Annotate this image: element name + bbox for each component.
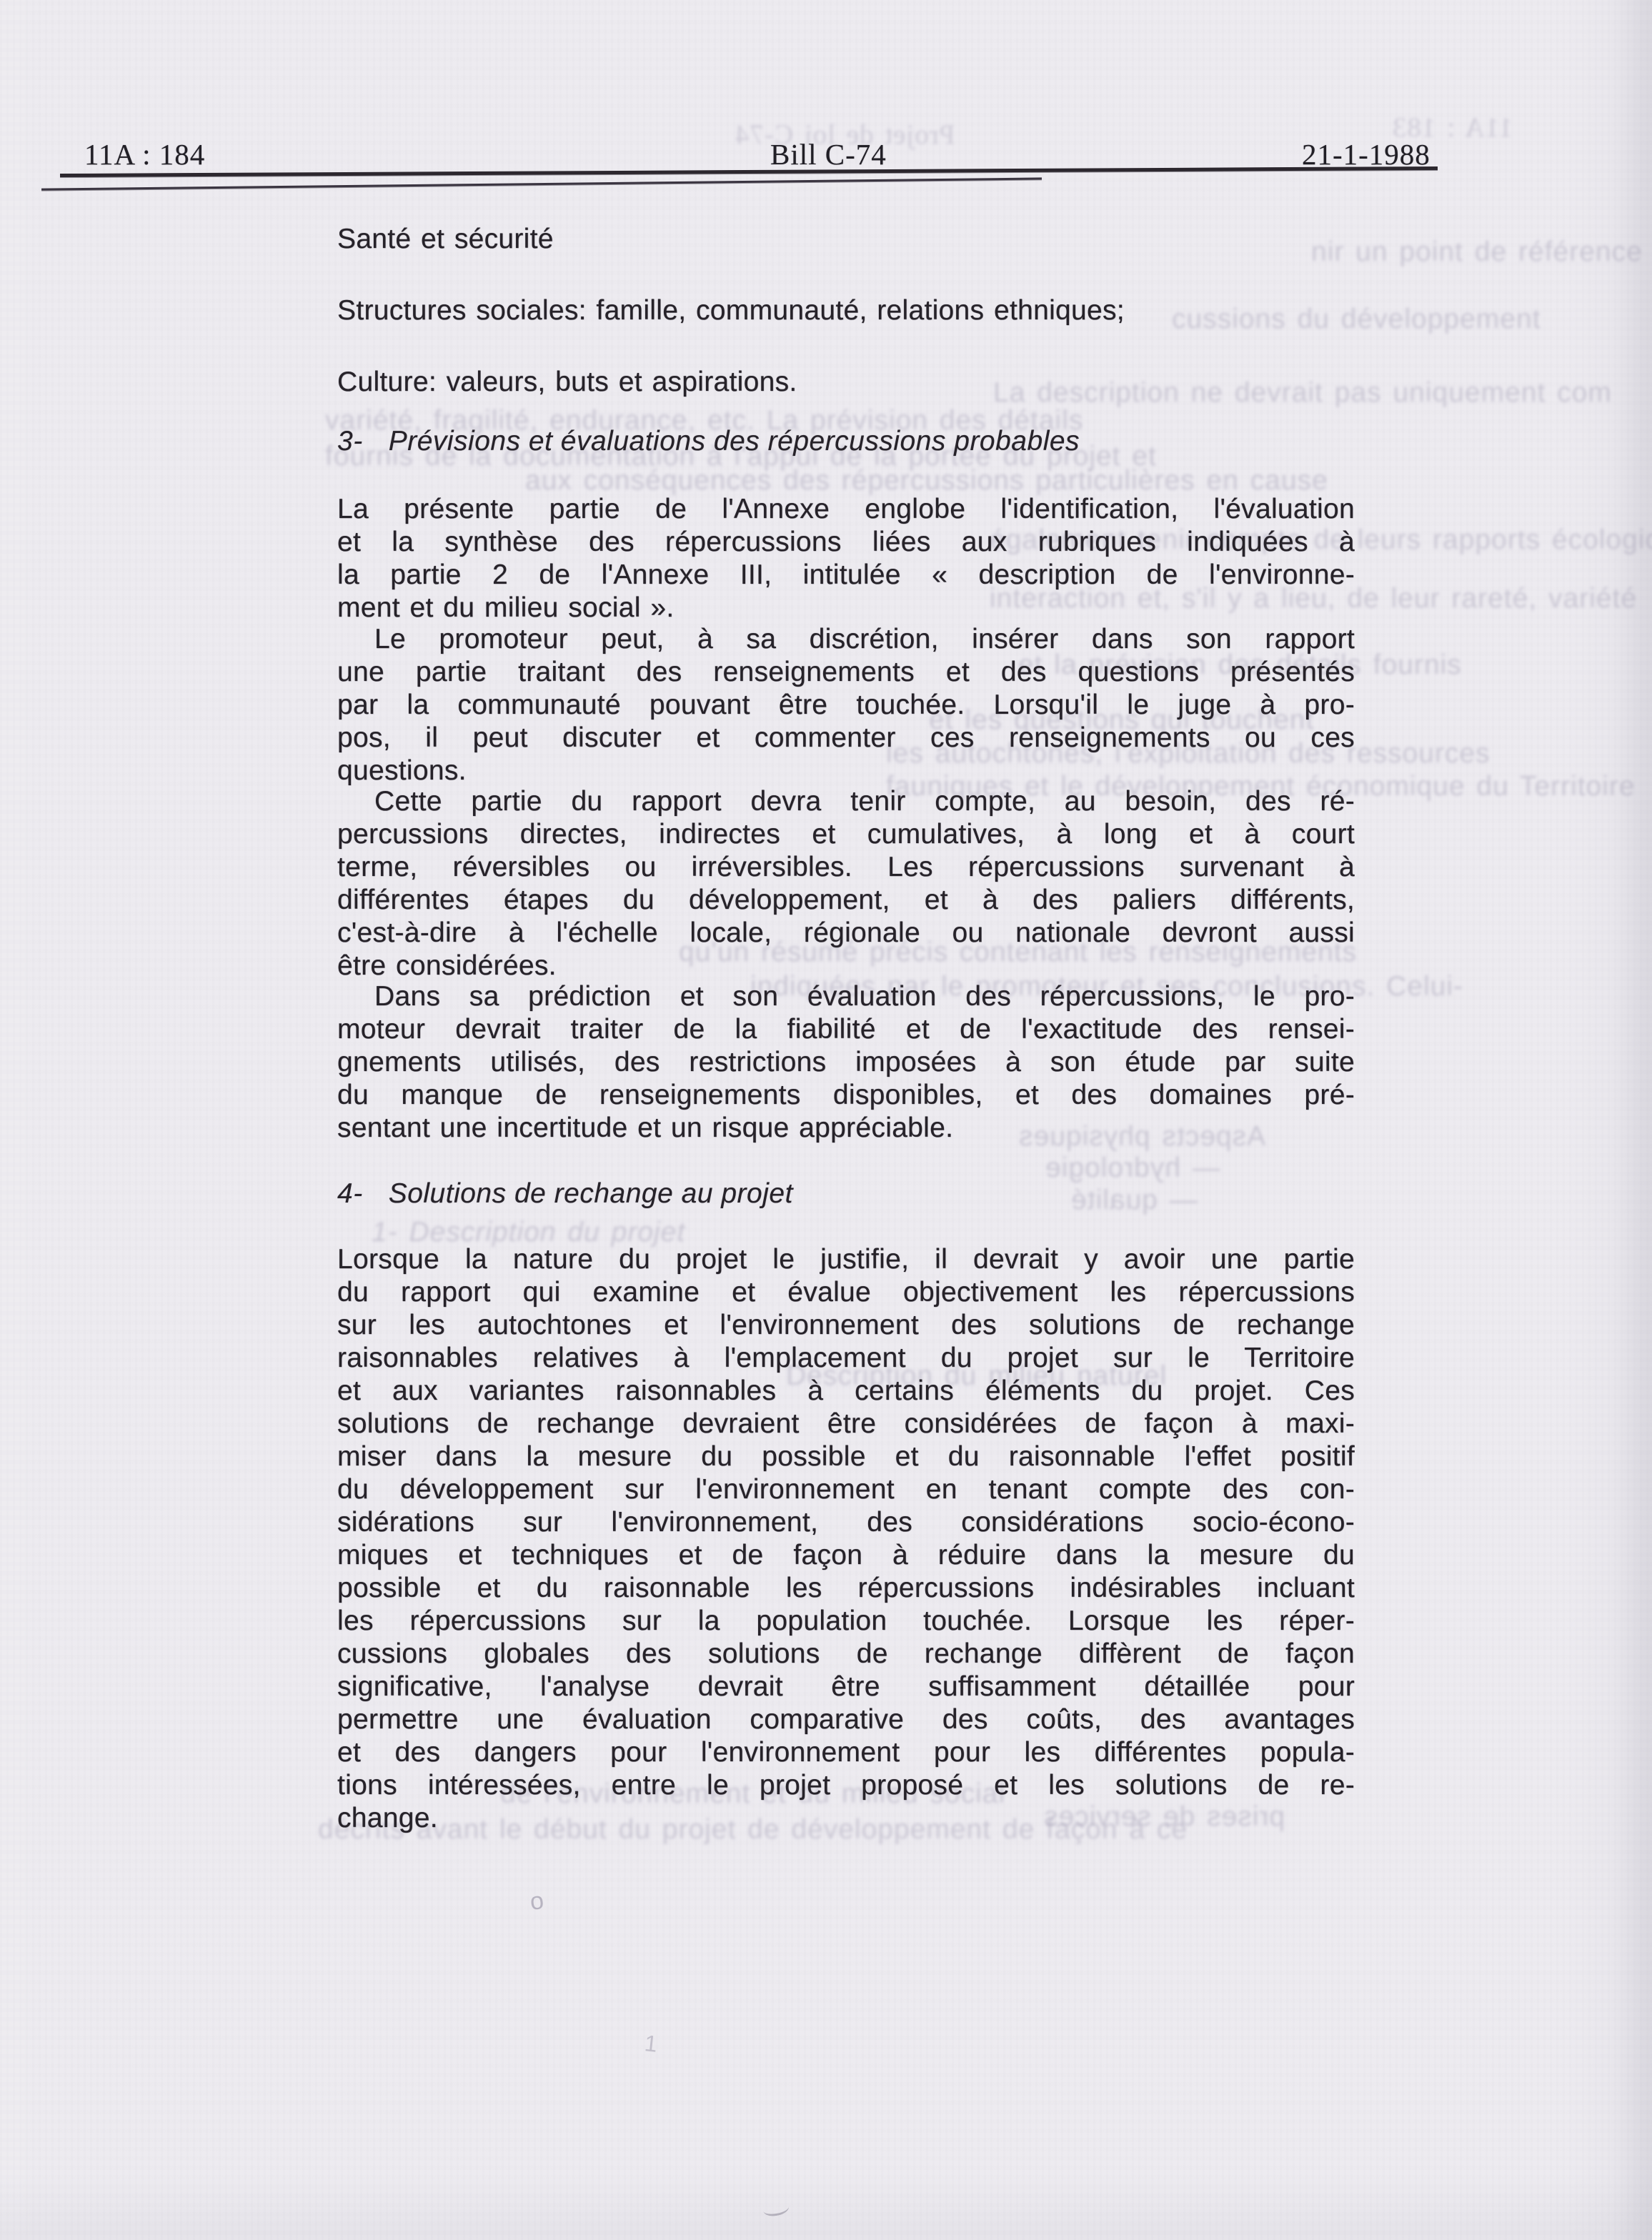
paragraph-4: Dans sa prédiction et son évaluation des… <box>337 980 1355 1145</box>
text-line: sentant une incertitude et un risque app… <box>337 1112 1355 1145</box>
text-line: différentes étapes du développement, et … <box>337 884 1355 917</box>
text-line: percussions directes, indirectes et cumu… <box>337 818 1355 851</box>
paragraph-2: Le promoteur peut, à sa discrétion, insé… <box>337 623 1355 787</box>
bleedthrough-text: — qualité <box>1070 1184 1198 1216</box>
paragraph-3: Cette partie du rapport devra tenir comp… <box>337 785 1355 982</box>
paragraph-1: La présente partie de l'Annexe englobe l… <box>337 493 1355 624</box>
text-line: change. <box>337 1802 1355 1835</box>
text-line: les répercussions sur la population touc… <box>337 1605 1355 1638</box>
text-line: sur les autochtones et l'environnement d… <box>337 1309 1355 1342</box>
text-line: miques et techniques et de façon à rédui… <box>337 1539 1355 1572</box>
text-line: ment et du milieu social ». <box>337 592 1355 624</box>
section-heading-3: 3-Prévisions et évaluations des répercus… <box>337 425 1080 458</box>
text-line: tions intéressées, entre le projet propo… <box>337 1769 1355 1802</box>
paragraph-5: Lorsque la nature du projet le justifie,… <box>337 1243 1355 1835</box>
text-line: Lorsque la nature du projet le justifie,… <box>337 1243 1355 1276</box>
list-item-social: Structures sociales: famille, communauté… <box>337 294 1355 327</box>
header-page-number: 11A : 184 <box>84 137 205 171</box>
header-rule-secondary <box>41 177 1042 190</box>
text-line: Dans sa prédiction et son évaluation des… <box>337 980 1355 1013</box>
bleedthrough-text: aux conséquences des répercussions parti… <box>525 464 1328 497</box>
text-line: gnements utilisés, des restrictions impo… <box>337 1046 1355 1079</box>
text-line: possible et du raisonnable les répercuss… <box>337 1572 1355 1605</box>
text-line: cussions globales des solutions de recha… <box>337 1638 1355 1671</box>
bleedthrough-text: nir un point de référence en ce qui a tr… <box>1311 236 1652 268</box>
text-line: être considérées. <box>337 950 1355 982</box>
header-bill-title: Bill C-74 <box>770 137 887 171</box>
text-line: la partie 2 de l'Annexe III, intitulée «… <box>337 559 1355 592</box>
scan-edge-shadow <box>1609 0 1652 2240</box>
text-line: une partie traitant des renseignements e… <box>337 656 1355 689</box>
text-line: du développement sur l'environnement en … <box>337 1473 1355 1506</box>
text-line: miser dans la mesure du possible et du r… <box>337 1440 1355 1473</box>
text-line: et des dangers pour l'environnement pour… <box>337 1736 1355 1769</box>
section-number: 4- <box>337 1178 363 1210</box>
header-rule <box>60 166 1438 177</box>
text-line: par la communauté pouvant être touchée. … <box>337 689 1355 722</box>
text-line: pos, il peut discuter et commenter ces r… <box>337 722 1355 755</box>
text-line: solutions de rechange devraient être con… <box>337 1408 1355 1440</box>
list-item-health: Santé et sécurité <box>337 223 1355 256</box>
list-item-culture: Culture: valeurs, buts et aspirations. <box>337 366 1355 399</box>
text-line: Le promoteur peut, à sa discrétion, insé… <box>337 623 1355 656</box>
section-title: Prévisions et évaluations des répercussi… <box>389 425 1080 458</box>
text-line: c'est-à-dire à l'échelle locale, régiona… <box>337 917 1355 950</box>
scan-squiggle <box>762 2200 790 2218</box>
text-line: questions. <box>337 755 1355 787</box>
text-line: raisonnables relatives à l'emplacement d… <box>337 1342 1355 1375</box>
section-heading-4: 4-Solutions de rechange au projet <box>337 1178 793 1210</box>
scan-speck: o <box>529 1887 545 1916</box>
text-line: La présente partie de l'Annexe englobe l… <box>337 493 1355 526</box>
text-line: et aux variantes raisonnables à certains… <box>337 1375 1355 1408</box>
text-line: sidérations sur l'environnement, des con… <box>337 1506 1355 1539</box>
text-line: terme, réversibles ou irréversibles. Les… <box>337 851 1355 884</box>
text-line: du manque de renseignements disponibles,… <box>337 1079 1355 1112</box>
bleedthrough-text: — hydrologie <box>1045 1152 1220 1184</box>
text-line: permettre une évaluation comparative des… <box>337 1703 1355 1736</box>
text-line: moteur devrait traiter de la fiabilité e… <box>337 1013 1355 1046</box>
text-line: significative, l'analyse devrait être su… <box>337 1671 1355 1703</box>
scan-speck: 1 <box>643 2030 659 2058</box>
section-number: 3- <box>337 425 363 458</box>
text-line: du rapport qui examine et évalue objecti… <box>337 1276 1355 1309</box>
section-title: Solutions de rechange au projet <box>389 1178 793 1210</box>
text-line: et la synthèse des répercussions liées a… <box>337 526 1355 559</box>
scanned-document-page: 11A : 183Projet de loi C-74nir un point … <box>0 0 1652 2240</box>
text-line: Cette partie du rapport devra tenir comp… <box>337 785 1355 818</box>
